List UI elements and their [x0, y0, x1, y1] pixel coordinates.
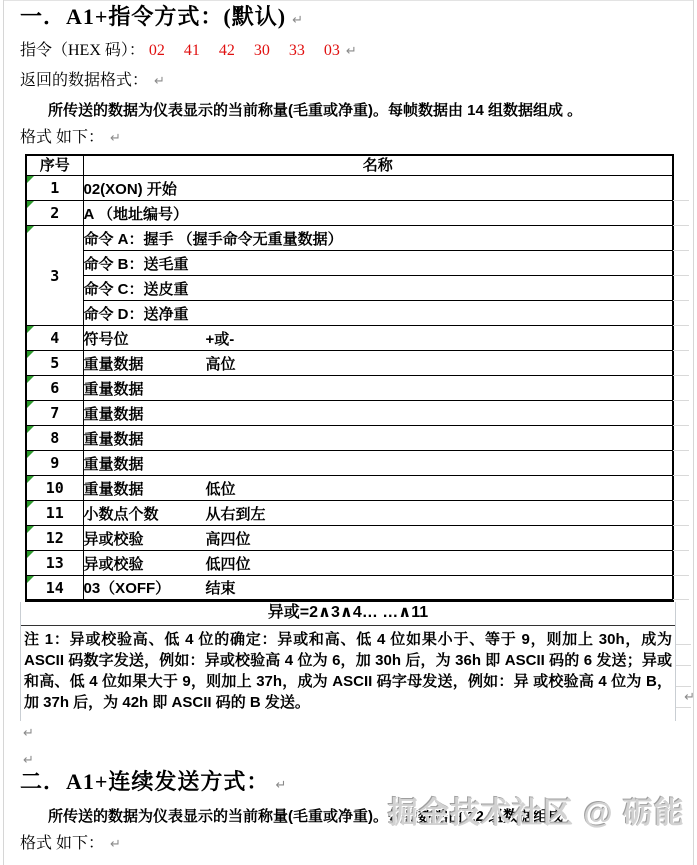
- xor-formula-row: 异或=2∧3∧4… …∧11: [21, 602, 675, 626]
- row-number-cell: 5: [26, 351, 83, 376]
- row-name: 异或校验: [84, 528, 206, 549]
- table-row: 命令 C：送皮重: [26, 276, 673, 301]
- table-row: 3命令 A：握手 （握手命令无重量数据）: [26, 226, 673, 251]
- cell-corner-mark-icon: [27, 376, 34, 383]
- section-heading-1-text: 一．A1+指令方式：(默认): [20, 4, 286, 29]
- paragraph-mark-icon: ↵: [346, 44, 357, 59]
- row-name: 重量数据: [84, 381, 144, 398]
- table-row: 1403（XOFF）结束: [26, 576, 673, 601]
- table-footer-region: 异或=2∧3∧4… …∧11 注 1：异或校验高、低 4 位的确定：异或和高、低…: [20, 602, 676, 721]
- table-row: 命令 D：送净重: [26, 301, 673, 326]
- row-name-cell: 命令 D：送净重: [83, 301, 673, 326]
- row-name-cell: 符号位+或-: [83, 326, 673, 351]
- row-name-cell: 命令 A：握手 （握手命令无重量数据）: [83, 226, 673, 251]
- return-format-label: 返回的数据格式：: [20, 72, 148, 89]
- protocol-table: 序号 名称 102(XON) 开始2A （地址编号）3命令 A：握手 （握手命令…: [25, 154, 674, 602]
- row-name: 命令 D：送净重: [84, 306, 189, 323]
- row-note: 高位: [206, 356, 236, 373]
- row-name: 重量数据: [84, 478, 206, 499]
- row-number: 13: [46, 554, 64, 572]
- cell-corner-mark-icon: [27, 551, 34, 558]
- row-name: 异或校验: [84, 553, 206, 574]
- cell-corner-mark-icon: [27, 226, 34, 233]
- format-label-2: 格式 如下：: [20, 835, 104, 852]
- table-row: 9重量数据: [26, 451, 673, 476]
- row-name: 命令 B：送毛重: [84, 256, 189, 273]
- row-name: 重量数据: [84, 456, 144, 473]
- paragraph-mark-icon: ↵: [684, 690, 695, 705]
- page-boundary-right: [693, 0, 694, 865]
- row-number: 1: [50, 179, 59, 197]
- section-heading-2-text: 二．A1+连续发送方式：: [20, 769, 269, 794]
- row-note: 从右到左: [206, 506, 266, 523]
- table-header-row: 序号 名称: [26, 155, 673, 176]
- page-boundary-left: [3, 0, 4, 865]
- row-number-cell: 9: [26, 451, 83, 476]
- cell-corner-mark-icon: [27, 351, 34, 358]
- row-number: 11: [46, 504, 64, 522]
- paragraph-mark-icon: ↵: [110, 837, 121, 852]
- table-row: 4符号位+或-: [26, 326, 673, 351]
- paragraph-mark-icon: ↵: [110, 131, 121, 146]
- row-name: 命令 A：握手 （握手命令无重量数据）: [84, 231, 343, 248]
- row-number-cell: 2: [26, 201, 83, 226]
- row-name-cell: 异或校验高四位: [83, 526, 673, 551]
- row-name: 02(XON) 开始: [84, 181, 177, 198]
- page-boundary-top: [3, 0, 694, 1]
- empty-paragraph: ↵: [23, 752, 697, 768]
- row-number-cell: 11: [26, 501, 83, 526]
- row-name-cell: 02(XON) 开始: [83, 176, 673, 201]
- row-name: 重量数据: [84, 431, 144, 448]
- paragraph-mark-icon: ↵: [292, 13, 304, 28]
- row-name: 03（XOFF）: [84, 577, 206, 598]
- row-name-cell: 重量数据: [83, 451, 673, 476]
- row-number: 3: [50, 267, 59, 285]
- row-name-cell: 小数点个数从右到左: [83, 501, 673, 526]
- cell-corner-mark-icon: [27, 501, 34, 508]
- row-name-cell: 命令 C：送皮重: [83, 276, 673, 301]
- gridline-tick: [676, 707, 691, 708]
- row-name-cell: 重量数据低位: [83, 476, 673, 501]
- paragraph-mark-icon: ↵: [23, 753, 34, 768]
- gridline-tick: [676, 686, 691, 687]
- table-row: 6重量数据: [26, 376, 673, 401]
- row-name: 重量数据: [84, 406, 144, 423]
- cell-corner-mark-icon: [27, 476, 34, 483]
- row-number-cell: 8: [26, 426, 83, 451]
- row-number-cell: 6: [26, 376, 83, 401]
- gridline-tick: [676, 644, 691, 645]
- data-description-1: 所传送的数据为仪表显示的当前称量(毛重或净重)。每帧数据由 14 组数据组成 。: [48, 101, 697, 121]
- return-format-line: 返回的数据格式：↵: [20, 69, 697, 94]
- row-number-cell: 7: [26, 401, 83, 426]
- row-note: 低四位: [206, 556, 251, 573]
- format-label-line-2: 格式 如下：↵: [20, 832, 697, 857]
- row-number: 8: [50, 429, 59, 447]
- hex-command-line: 指令（HEX 码）：02 41 42 30 33 03↵: [20, 39, 697, 64]
- watermark: 掘金技术社区 @ 砺能: [388, 788, 685, 832]
- section-heading-1: 一．A1+指令方式：(默认)↵: [20, 3, 697, 35]
- cell-corner-mark-icon: [27, 576, 34, 583]
- row-number-cell: 4: [26, 326, 83, 351]
- cell-corner-mark-icon: [27, 401, 34, 408]
- row-name: 符号位: [84, 328, 206, 349]
- row-name-cell: 重量数据: [83, 401, 673, 426]
- table-row: 13异或校验低四位: [26, 551, 673, 576]
- row-number: 10: [46, 479, 64, 497]
- table-header-name: 名称: [83, 155, 673, 176]
- row-name-cell: 异或校验低四位: [83, 551, 673, 576]
- cell-corner-mark-icon: [27, 326, 34, 333]
- protocol-table-body: 102(XON) 开始2A （地址编号）3命令 A：握手 （握手命令无重量数据）…: [26, 176, 673, 601]
- row-name-cell: 命令 B：送毛重: [83, 251, 673, 276]
- row-note: 高四位: [206, 531, 251, 548]
- hex-command-label: 指令（HEX 码）：: [20, 42, 145, 59]
- table-row: 10重量数据低位: [26, 476, 673, 501]
- table-row: 5重量数据高位: [26, 351, 673, 376]
- row-number: 2: [50, 204, 59, 222]
- row-number: 14: [46, 579, 64, 597]
- row-number-cell: 1: [26, 176, 83, 201]
- row-number: 12: [46, 529, 64, 547]
- row-number-cell: 12: [26, 526, 83, 551]
- table-row: 2A （地址编号）: [26, 201, 673, 226]
- cell-corner-mark-icon: [27, 176, 34, 183]
- table-row: 命令 B：送毛重: [26, 251, 673, 276]
- paragraph-mark-icon: ↵: [275, 778, 287, 793]
- row-name-cell: 重量数据高位: [83, 351, 673, 376]
- paragraph-mark-icon: ↵: [154, 74, 165, 89]
- row-name: 命令 C：送皮重: [84, 281, 189, 298]
- row-number-cell: 14: [26, 576, 83, 601]
- row-name-cell: 重量数据: [83, 376, 673, 401]
- row-name: A （地址编号）: [84, 206, 188, 223]
- row-name-cell: 03（XOFF）结束: [83, 576, 673, 601]
- row-number: 9: [50, 454, 59, 472]
- row-note: +或-: [206, 331, 235, 348]
- row-name: 重量数据: [84, 353, 206, 374]
- cell-corner-mark-icon: [27, 526, 34, 533]
- row-number: 5: [50, 354, 59, 372]
- table-row: 12异或校验高四位: [26, 526, 673, 551]
- format-label-line-1: 格式 如下：↵: [20, 126, 697, 151]
- hex-command-values: 02 41 42 30 33 03: [149, 42, 340, 59]
- row-name-cell: A （地址编号）: [83, 201, 673, 226]
- row-number: 6: [50, 379, 59, 397]
- cell-corner-mark-icon: [27, 426, 34, 433]
- row-number: 4: [50, 329, 59, 347]
- cell-corner-mark-icon: [27, 201, 34, 208]
- gridline-tick: [676, 665, 691, 666]
- row-number-cell: 3: [26, 226, 83, 326]
- table-row: 11小数点个数从右到左: [26, 501, 673, 526]
- row-name-cell: 重量数据: [83, 426, 673, 451]
- row-note: 低位: [206, 481, 236, 498]
- cell-corner-mark-icon: [27, 451, 34, 458]
- table-row: 102(XON) 开始: [26, 176, 673, 201]
- paragraph-mark-icon: ↵: [23, 726, 34, 741]
- table-row: 7重量数据: [26, 401, 673, 426]
- format-label-1: 格式 如下：: [20, 129, 104, 146]
- row-number: 7: [50, 404, 59, 422]
- note-paragraph: 注 1：异或校验高、低 4 位的确定：异或和高、低 4 位如果小于、等于 9，则…: [21, 626, 675, 721]
- document-page: 一．A1+指令方式：(默认)↵ 指令（HEX 码）：02 41 42 30 33…: [0, 0, 697, 865]
- table-row: 8重量数据: [26, 426, 673, 451]
- row-number-cell: 10: [26, 476, 83, 501]
- empty-paragraph: ↵: [23, 725, 697, 741]
- row-name: 小数点个数: [84, 503, 206, 524]
- row-number-cell: 13: [26, 551, 83, 576]
- table-header-no: 序号: [26, 155, 83, 176]
- row-note: 结束: [206, 580, 236, 597]
